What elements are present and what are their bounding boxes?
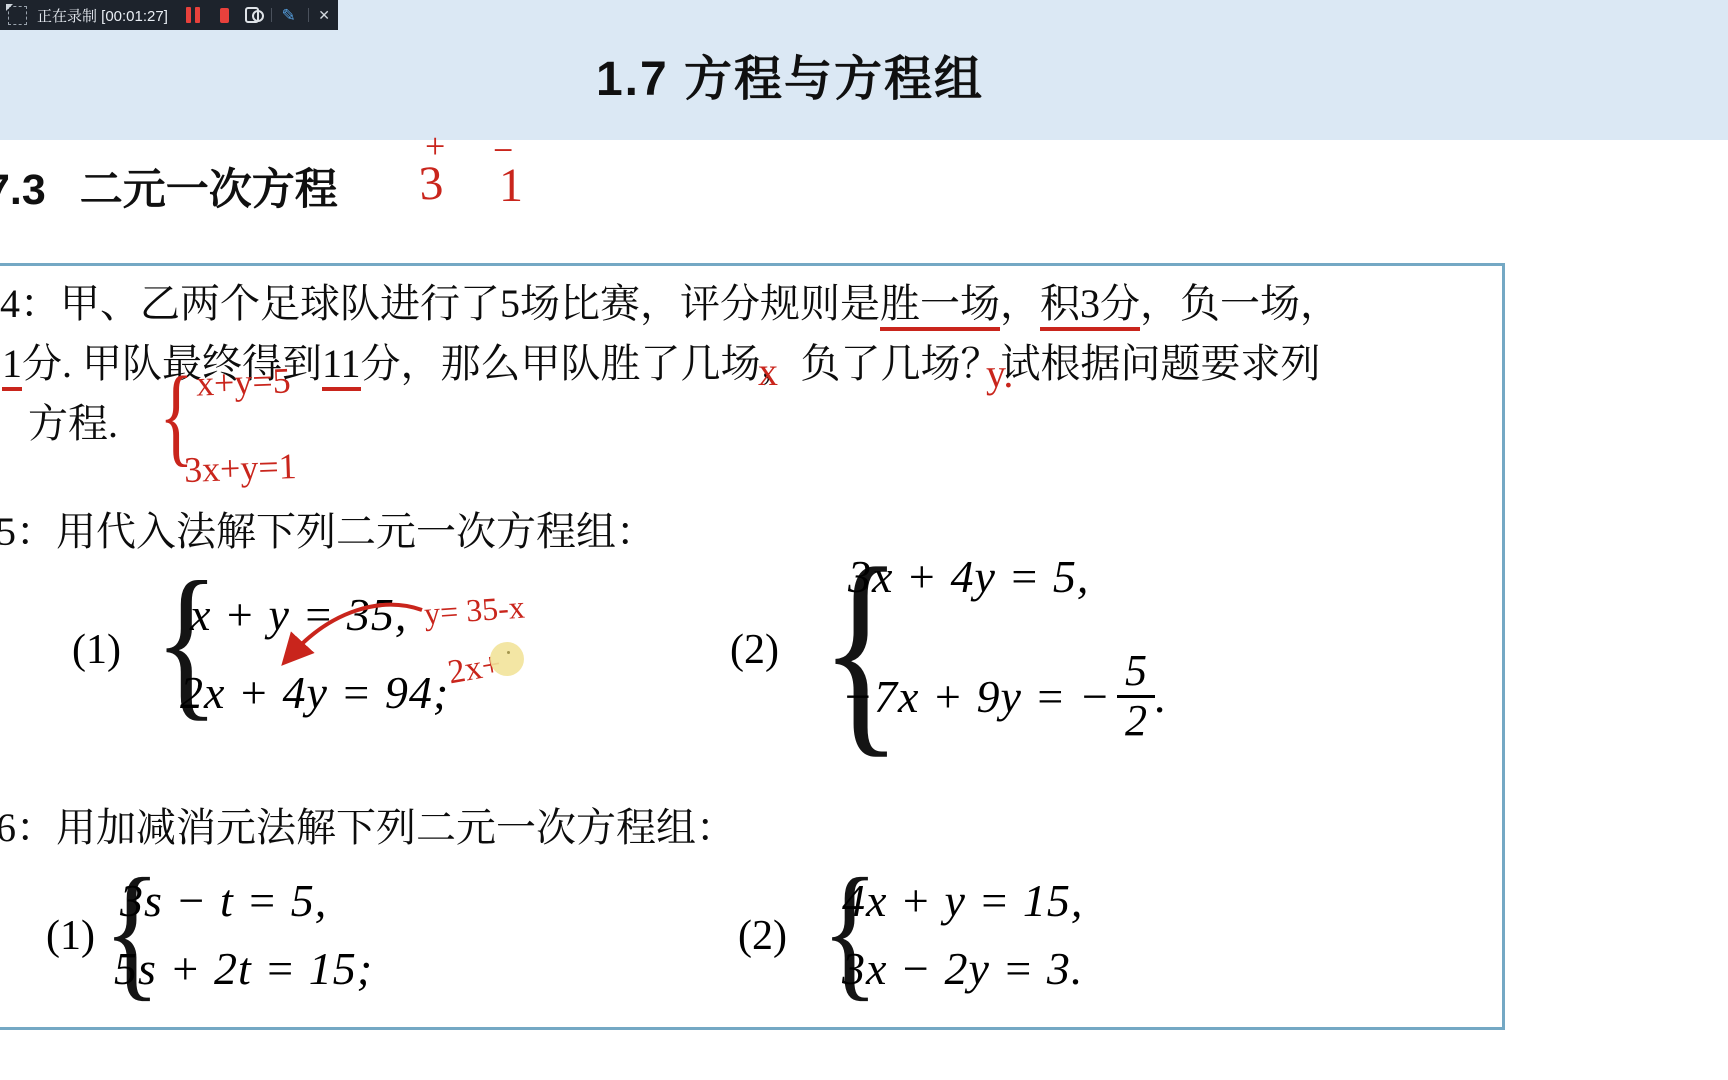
close-recorder-button[interactable]: ✕ bbox=[318, 8, 330, 22]
handwriting-var-x: x bbox=[758, 352, 778, 392]
capture-region-icon[interactable] bbox=[8, 6, 27, 25]
underlined-eleven: 11 bbox=[322, 341, 361, 391]
red-arrow bbox=[272, 596, 432, 676]
problem6-sys2-eq1: 4x + y = 15, bbox=[842, 874, 1083, 927]
fraction: 5 2 bbox=[1117, 648, 1155, 743]
highlight-dot bbox=[490, 642, 524, 676]
underlined-win: 胜一场 bbox=[880, 281, 1000, 331]
screenshot-button[interactable] bbox=[245, 7, 259, 23]
pause-icon bbox=[195, 7, 200, 23]
problem5-sys2-label: (2) bbox=[730, 626, 779, 674]
recording-toolbar: 正在录制 [00:01:27] ✎ ✕ bbox=[0, 0, 338, 30]
section-name: 二元一次方程 bbox=[80, 166, 338, 214]
pause-button[interactable] bbox=[186, 7, 200, 23]
handwriting-one: 1 bbox=[499, 162, 523, 210]
toolbar-divider bbox=[308, 8, 309, 22]
problem5-sys1-label: (1) bbox=[72, 626, 121, 674]
problem5-sys2-eq2: −7x + 9y = − 5 2 . bbox=[842, 632, 1168, 760]
problem6-sys2-label: (2) bbox=[738, 912, 787, 960]
problem6-sys2-eq2: 3x − 2y = 3. bbox=[842, 942, 1083, 995]
section-heading: 7.3二元一次方程 bbox=[0, 156, 338, 217]
problem6-sys1-label: (1) bbox=[46, 912, 95, 960]
handwriting-eq1: x+y=5 bbox=[195, 362, 291, 401]
underlined-points1: 1 bbox=[2, 341, 22, 391]
problem6-sys1-eq1: 3s − t = 5, bbox=[120, 874, 327, 927]
region-arrow-icon bbox=[6, 4, 13, 11]
problem4-line1: 4：甲、乙两个足球队进行了5场比赛，评分规则是胜一场，积3分，负一场， bbox=[0, 272, 1340, 329]
page-title: 1.7 方程与方程组 bbox=[0, 40, 1580, 109]
problem6-sys1-eq2: 5s + 2t = 15; bbox=[114, 942, 373, 995]
problem5-heading: 5：用代入法解下列二元一次方程组： bbox=[0, 500, 656, 557]
pen-annotate-button[interactable]: ✎ bbox=[281, 7, 295, 24]
problem4-line3: 方程. bbox=[28, 392, 118, 449]
handwriting-eq2: 3x+y=1 bbox=[183, 448, 297, 488]
stop-button[interactable] bbox=[220, 8, 229, 23]
handwriting-var-y: y. bbox=[986, 354, 1013, 394]
underlined-points3: 积3分 bbox=[1040, 281, 1140, 331]
problem5-sys2-eq1: 3x + 4y = 5, bbox=[848, 550, 1089, 603]
problem6-heading: 6：用加减消元法解下列二元一次方程组： bbox=[0, 796, 736, 853]
pause-icon bbox=[186, 7, 191, 23]
handwriting-substitution: y= 35-x bbox=[423, 591, 526, 630]
recording-status: 正在录制 [00:01:27] bbox=[37, 5, 168, 26]
section-number: 7.3 bbox=[0, 166, 46, 214]
toolbar-divider bbox=[271, 8, 272, 22]
handwriting-three: 3 bbox=[417, 159, 444, 209]
